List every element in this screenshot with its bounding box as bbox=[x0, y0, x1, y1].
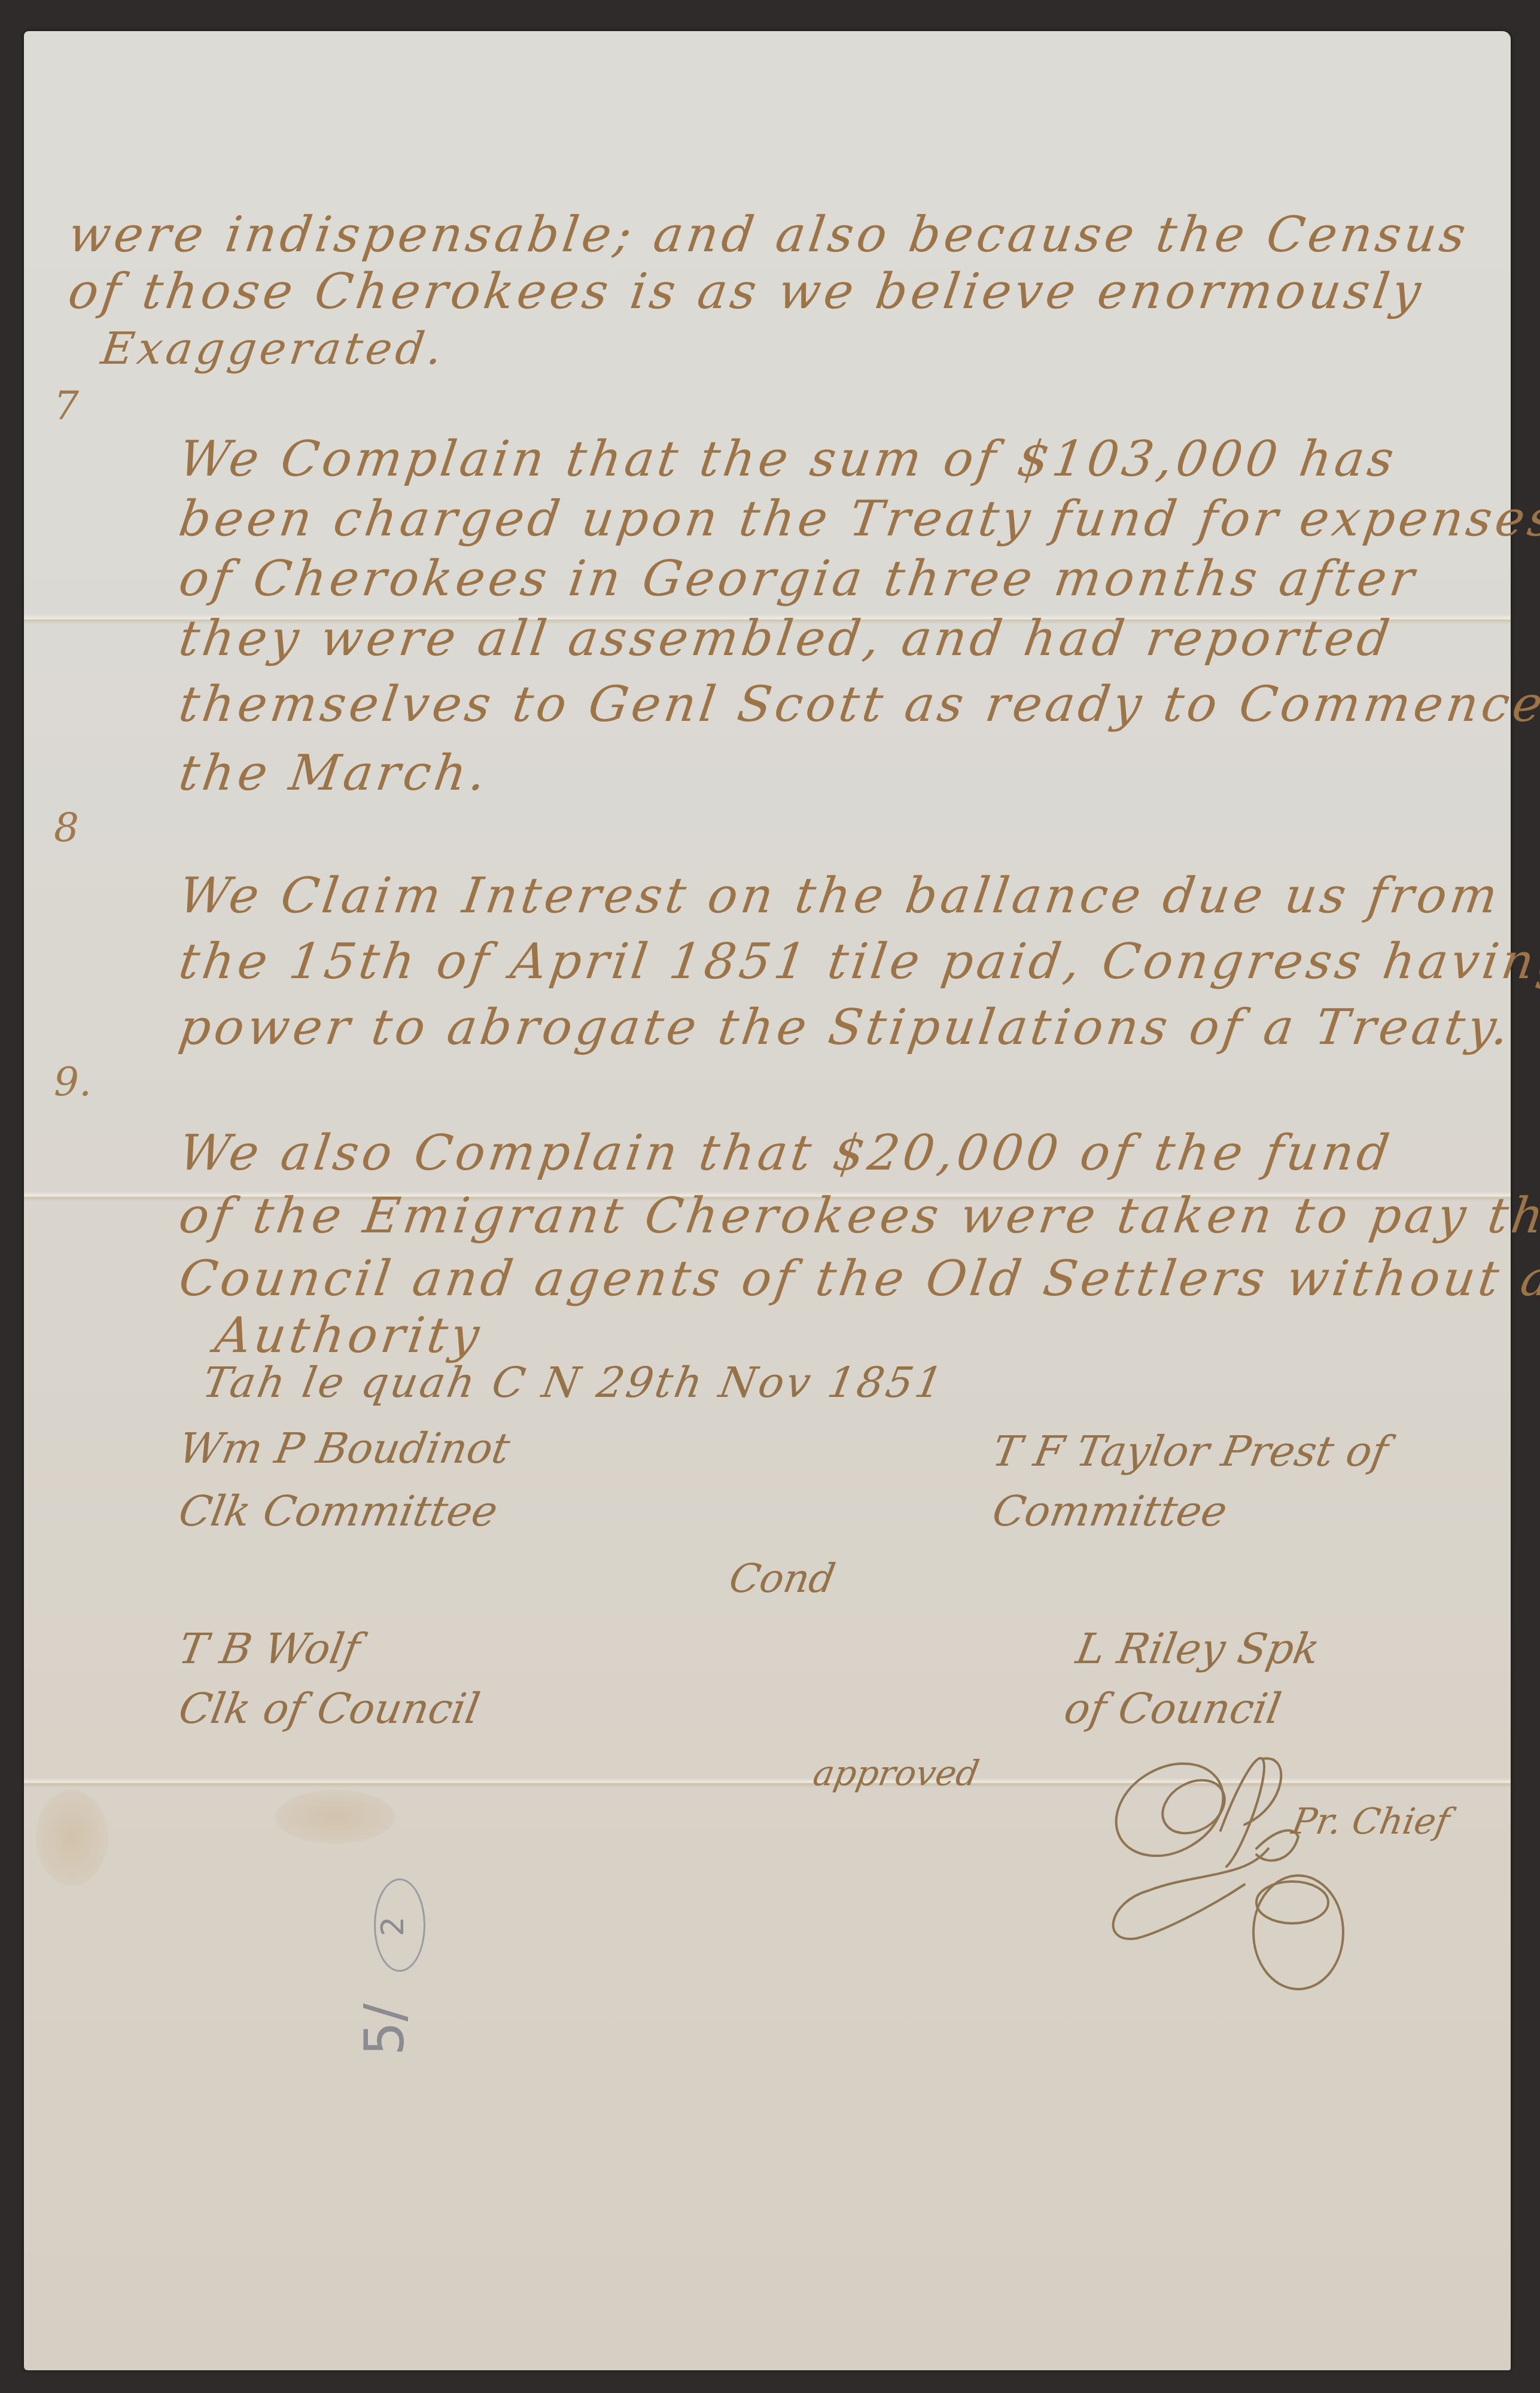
body-line: We Claim Interest on the ballance due us… bbox=[175, 867, 1504, 924]
water-stain bbox=[36, 1790, 108, 1886]
water-stain bbox=[275, 1790, 395, 1844]
body-line: of those Cherokees is as we believe enor… bbox=[65, 263, 1428, 320]
approved-label: approved bbox=[810, 1753, 982, 1794]
body-line: the 15th of April 1851 tile paid, Congre… bbox=[175, 933, 1540, 990]
pencil-folio-number: 5/ bbox=[354, 2004, 416, 2056]
body-line: We also Complain that $20,000 of the fun… bbox=[175, 1125, 1396, 1182]
signature-title: Clk Committee bbox=[175, 1487, 501, 1536]
body-line: of Cherokees in Georgia three months aft… bbox=[175, 550, 1421, 607]
item-number: 9. bbox=[54, 1059, 92, 1105]
dateline: Tah le quah C N 29th Nov 1851 bbox=[199, 1358, 949, 1407]
signature-title: Committee bbox=[989, 1487, 1231, 1536]
body-line: Exaggerated. bbox=[98, 323, 449, 375]
body-line: the March. bbox=[175, 745, 493, 802]
signature-wolf: T B Wolf bbox=[175, 1624, 364, 1673]
body-line: were indispensable; and also because the… bbox=[65, 206, 1472, 263]
signature-taylor: T F Taylor Prest of bbox=[989, 1427, 1392, 1476]
body-line: Authority bbox=[211, 1307, 486, 1364]
body-line: of the Emigrant Cherokees were taken to … bbox=[175, 1188, 1540, 1244]
body-line: power to abrogate the Stipulations of a … bbox=[175, 999, 1516, 1056]
signature-title: of Council bbox=[1061, 1684, 1285, 1733]
body-line: We Complain that the sum of $103,000 has bbox=[175, 431, 1401, 488]
body-line: they were all assembled, and had reporte… bbox=[175, 610, 1396, 667]
ross-signature-flourish bbox=[1065, 1741, 1532, 2028]
body-line: been charged upon the Treaty fund for ex… bbox=[175, 491, 1540, 547]
signature-title: Clk of Council bbox=[175, 1684, 483, 1733]
item-number: 7 bbox=[54, 383, 79, 429]
body-line: themselves to Genl Scott as ready to Com… bbox=[175, 676, 1540, 733]
concurred-label: Cond bbox=[726, 1555, 839, 1602]
pencil-circled-number: 2 bbox=[375, 1916, 411, 1936]
item-number: 8 bbox=[54, 805, 79, 851]
body-line: Council and agents of the Old Settlers w… bbox=[175, 1250, 1540, 1307]
chief-title: Pr. Chief bbox=[1289, 1801, 1453, 1843]
signature-riley: L Riley Spk bbox=[1073, 1624, 1323, 1673]
signature-boudinot: Wm P Boudinot bbox=[175, 1424, 514, 1473]
